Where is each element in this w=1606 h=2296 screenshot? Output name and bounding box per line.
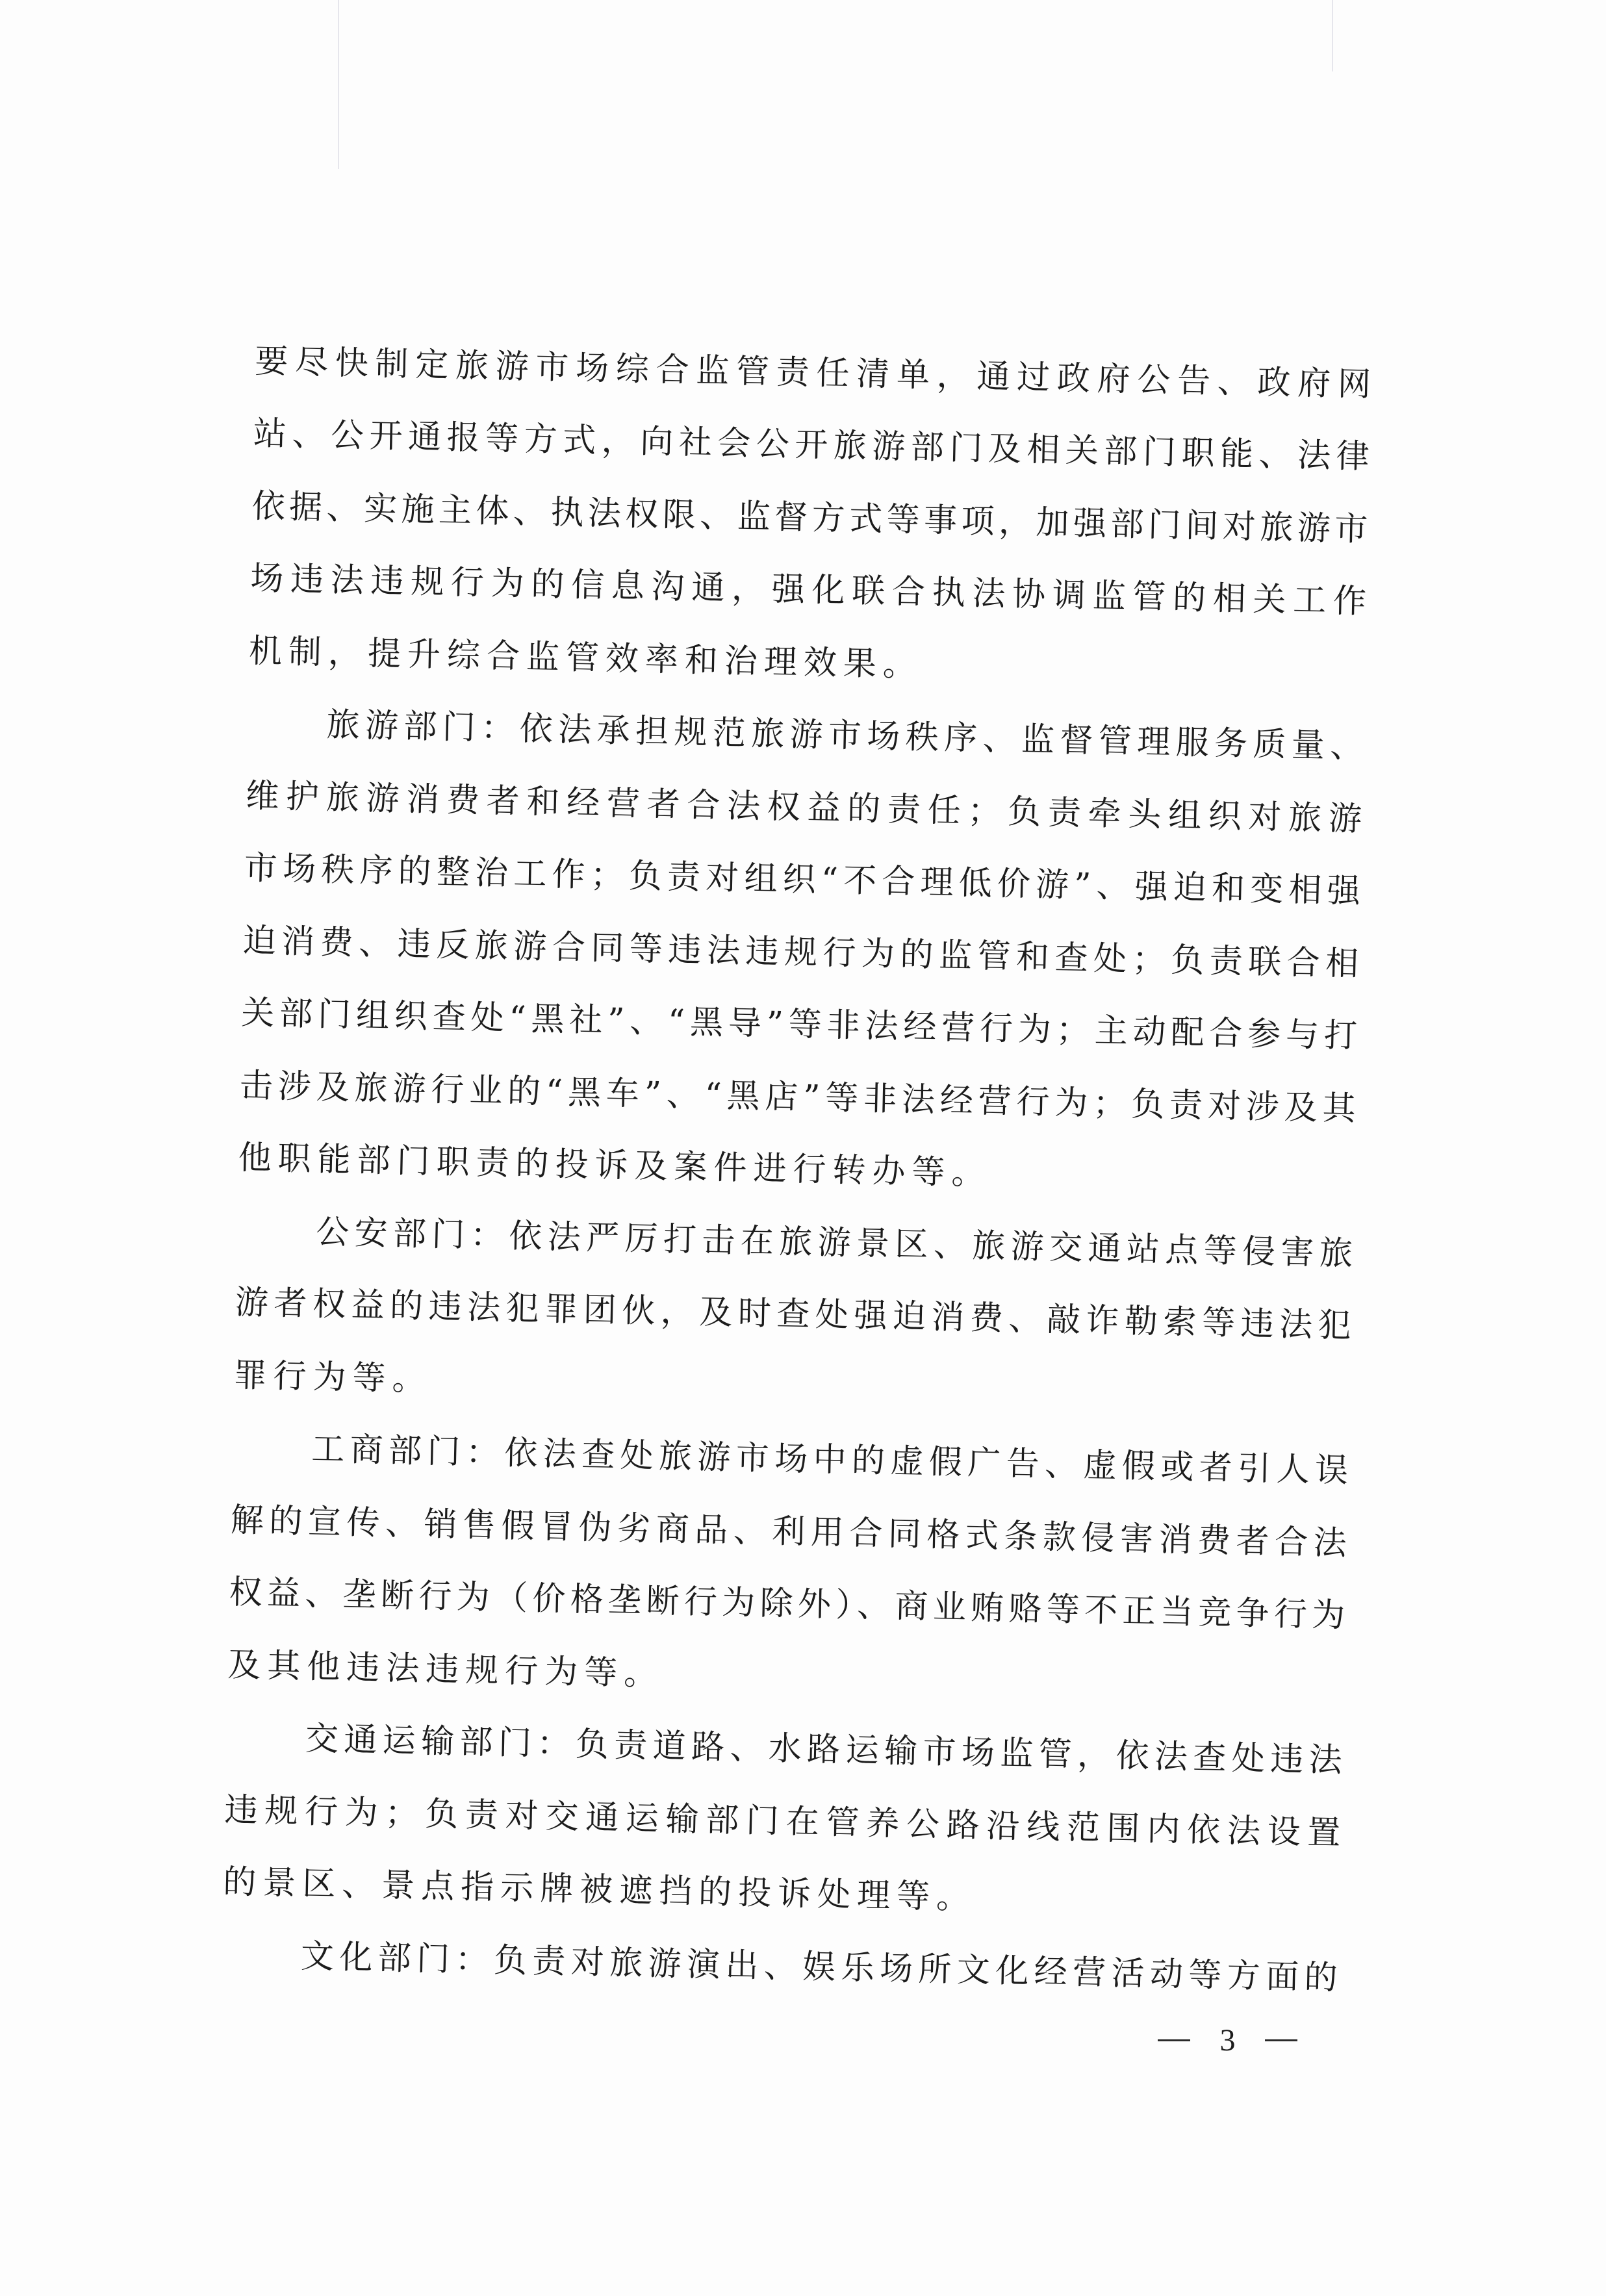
text-line: 依据、实施主体、执法权限、监督方式等事项，加强部门间对旅游市 [251,486,1368,551]
text-line: 他职能部门职责的投诉及案件进行转办等。 [238,1138,991,1195]
text-line: 解的宣传、销售假冒伪劣商品、利用合同格式条款侵害消费者合法 [230,1500,1347,1565]
text-line: 站、公开通报等方式，向社会公开旅游部门及相关部门职能、法律 [253,413,1370,478]
paragraph-commerce-dept: 工商部门：依法查处旅游市场中的虚假广告、虚假或者引人误 [311,1429,1349,1492]
page-number: 3 [1158,2022,1297,2058]
paragraph-tourism-dept: 旅游部门：依法承担规范旅游市场秩序、监督管理服务质量、 [326,704,1364,767]
paragraph-culture-dept: 文化部门：负责对旅游演出、娱乐场所文化经营活动等方面的 [300,1936,1338,1999]
scan-artifact-line [338,0,339,169]
page-number-value: 3 [1220,2022,1236,2058]
paragraph-police-dept: 公安部门：依法严厉打击在旅游景区、旅游交通站点等侵害旅 [316,1212,1353,1275]
text-line: 机制，提升综合监管效率和治理效果。 [248,631,923,687]
text-line: 迫消费、违反旅游合同等违法违规行为的监管和查处；负责联合相 [242,921,1359,986]
page-number-dash-left [1158,2039,1190,2041]
text-line: 及其他违法违规行为等。 [227,1645,664,1696]
text-line: 的景区、景点指示牌被遮挡的投诉处理等。 [223,1861,976,1919]
scan-artifact-line [1332,0,1333,71]
document-body: 要尽快制定旅游市场综合监管责任清单，通过政府公告、政府网 站、公开通报等方式，向… [255,341,1371,364]
text-line: 罪行为等。 [233,1355,432,1401]
text-line: 维护旅游消费者和经营者合法权益的责任；负责牵头组织对旅游 [246,776,1362,841]
text-line: 违规行为；负责对交通运输部门在管养公路沿线范围内依法设置 [224,1790,1341,1855]
text-line: 关部门组织查处“黑社”、“黑导”等非法经营行为；主动配合参与打 [241,993,1358,1058]
page-number-dash-right [1265,2039,1297,2041]
paragraph-transport-dept: 交通运输部门：负责道路、水路运输市场监管，依法查处违法 [305,1718,1342,1781]
text-line: 要尽快制定旅游市场综合监管责任清单，通过政府公告、政府网 [255,341,1371,406]
text-line: 场违法违规行为的信息沟通，强化联合执法协调监管的相关工作 [250,558,1367,623]
text-line: 市场秩序的整治工作；负责对组织“不合理低价游”、强迫和变相强 [244,848,1360,913]
text-line: 权益、垄断行为（价格垄断行为除外）、商业贿赂等不正当竞争行为 [229,1572,1345,1637]
text-line: 击涉及旅游行业的“黑车”、“黑店”等非法经营行为；负责对涉及其 [239,1065,1356,1130]
text-line: 游者权益的违法犯罪团伙，及时查处强迫消费、敲诈勒索等违法犯 [235,1282,1351,1347]
